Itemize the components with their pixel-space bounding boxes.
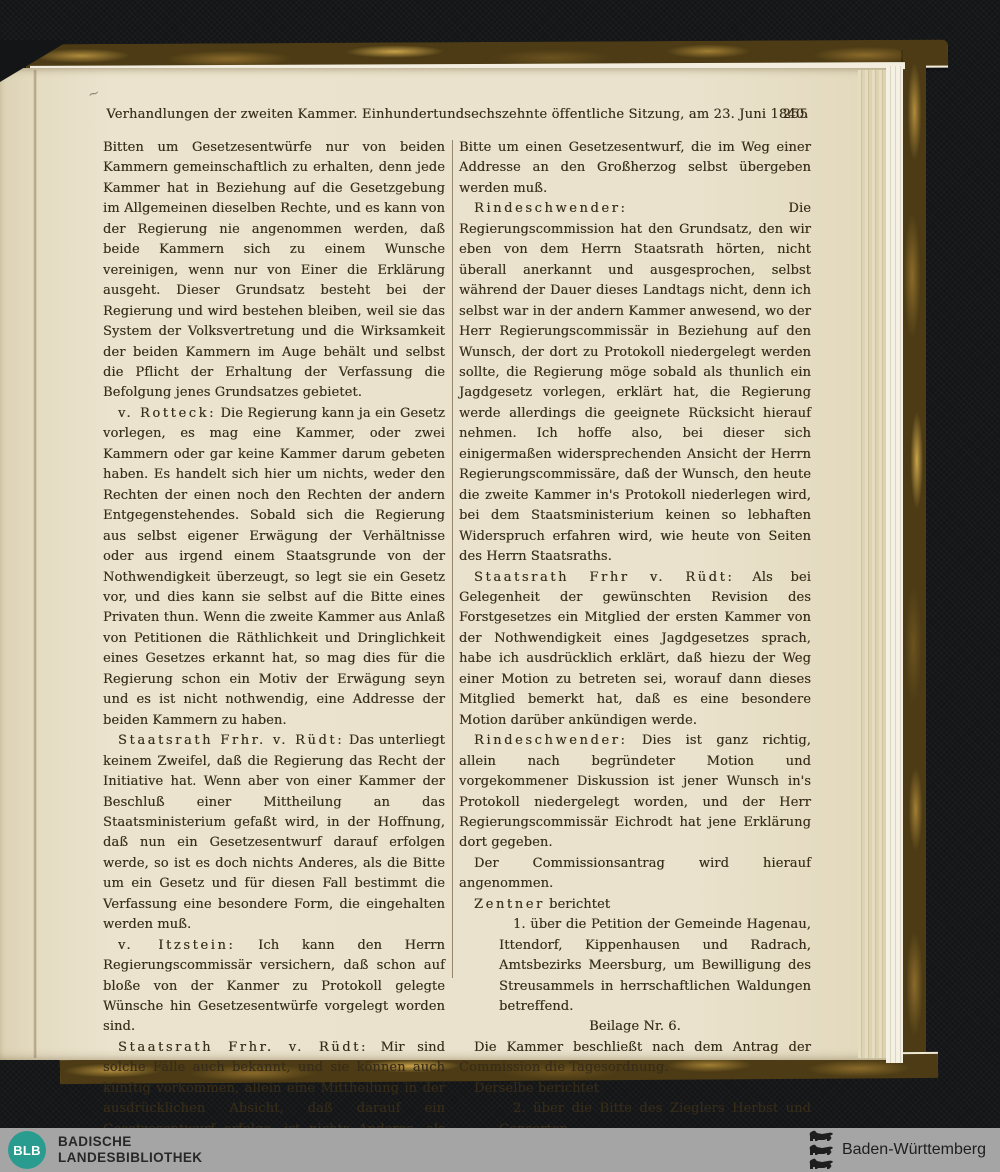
speaker-name: Staatsrath Frhr v. Rüdt: [474,570,734,585]
speaker-name: v. Itzstein: [118,938,235,953]
paragraph-text: berichtet [549,897,610,912]
page-number: 255 [783,107,808,122]
page-block-edge [886,66,903,1063]
paragraph-text: Bitte um einen Gesetzesentwurf, die im W… [459,140,811,196]
paragraph: Bitte um einen Gesetzesentwurf, die im W… [459,138,811,199]
speaker-name: Rindeschwender: [474,733,627,748]
paragraph: Der Commissionsantrag wird hierauf angen… [459,854,811,895]
paragraph: Derselbe berichtet [459,1079,811,1099]
page-stack-edges [858,70,886,1058]
paragraph-text: Das unterliegt keinem Zweifel, daß die R… [103,733,445,932]
paragraph: Staatsrath Frhr. v. Rüdt: Das unterliegt… [103,731,445,936]
library-name: BADISCHE LANDESBIBLIOTHEK [58,1134,202,1166]
library-logo-link[interactable]: BLB BADISCHE LANDESBIBLIOTHEK [0,1131,202,1169]
paragraph: Rindeschwender: Dies ist ganz richtig, a… [459,731,811,854]
paragraph: Staatsrath Frhr v. Rüdt: Als bei Gelegen… [459,568,811,732]
speaker-name: Zentner [474,897,545,912]
paragraph-text: Als bei Gelegenheit der gewünschten Revi… [459,570,811,728]
paragraph-text: Derselbe berichtet [474,1081,599,1096]
paragraph-text: Bitten um Gesetzesentwürfe nur von beide… [103,140,445,400]
attachment-reference: Beilage Nr. 6. [459,1017,811,1037]
state-logo-link[interactable]: Baden-Württemberg [807,1130,1000,1170]
paragraph-text: 1. über die Petition der Gemeinde Hagena… [499,917,811,1014]
viewer-stage: ~ Verhandlungen der zweiten Kammer. Einh… [0,0,1000,1172]
speaker-name: Rindeschwender: [474,201,627,216]
paragraph-text: Beilage Nr. 6. [589,1019,681,1034]
paragraph-text: Dies ist ganz richtig, allein nach begrü… [459,733,811,850]
gutter-crease [33,70,37,1058]
paragraph: v. Rotteck: Die Regierung kann ja ein Ge… [103,404,445,731]
blb-logo-text: BLB [13,1143,41,1158]
viewer-footer-bar: BLB BADISCHE LANDESBIBLIOTHEK Baden-Würt… [0,1128,1000,1172]
book-board-right-edge [903,50,926,1076]
page-header-title: Verhandlungen der zweiten Kammer. Einhun… [106,107,808,122]
column-divider-rule [452,140,453,978]
petition-item: 1. über die Petition der Gemeinde Hagena… [499,915,811,1017]
baden-wuerttemberg-lions-icon [807,1130,834,1170]
paragraph: Rindeschwender: Die Regierungscommission… [459,199,811,567]
speaker-name: v. Rotteck: [118,406,216,421]
blb-logo: BLB [8,1131,46,1169]
library-name-line1: BADISCHE [58,1134,202,1150]
paragraph: Die Kammer beschließt nach dem Antrag de… [459,1038,811,1079]
paragraph: Zentner berichtet [459,895,811,915]
speaker-name: Staatsrath Frhr. v. Rüdt: [118,1040,368,1055]
paragraph-text: Die Regierung kann ja ein Gesetz vorlege… [103,406,445,728]
text-column-left: Bitten um Gesetzesentwürfe nur von beide… [103,138,445,1161]
paragraph-text: Die Kammer beschließt nach dem Antrag de… [459,1040,811,1075]
paragraph-text: Der Commissionsantrag wird hierauf angen… [459,856,811,891]
text-column-right: Bitte um einen Gesetzesentwurf, die im W… [459,138,811,1140]
page-header: Verhandlungen der zweiten Kammer. Einhun… [103,107,812,122]
library-name-line2: LANDESBIBLIOTHEK [58,1150,202,1166]
paragraph: v. Itzstein: Ich kann den Herrn Regierun… [103,936,445,1038]
paragraph-text: Die Regierungscommission hat den Grundsa… [459,201,811,564]
speaker-name: Staatsrath Frhr. v. Rüdt: [118,733,344,748]
state-name: Baden-Württemberg [842,1141,986,1159]
paragraph: Bitten um Gesetzesentwürfe nur von beide… [103,138,445,404]
